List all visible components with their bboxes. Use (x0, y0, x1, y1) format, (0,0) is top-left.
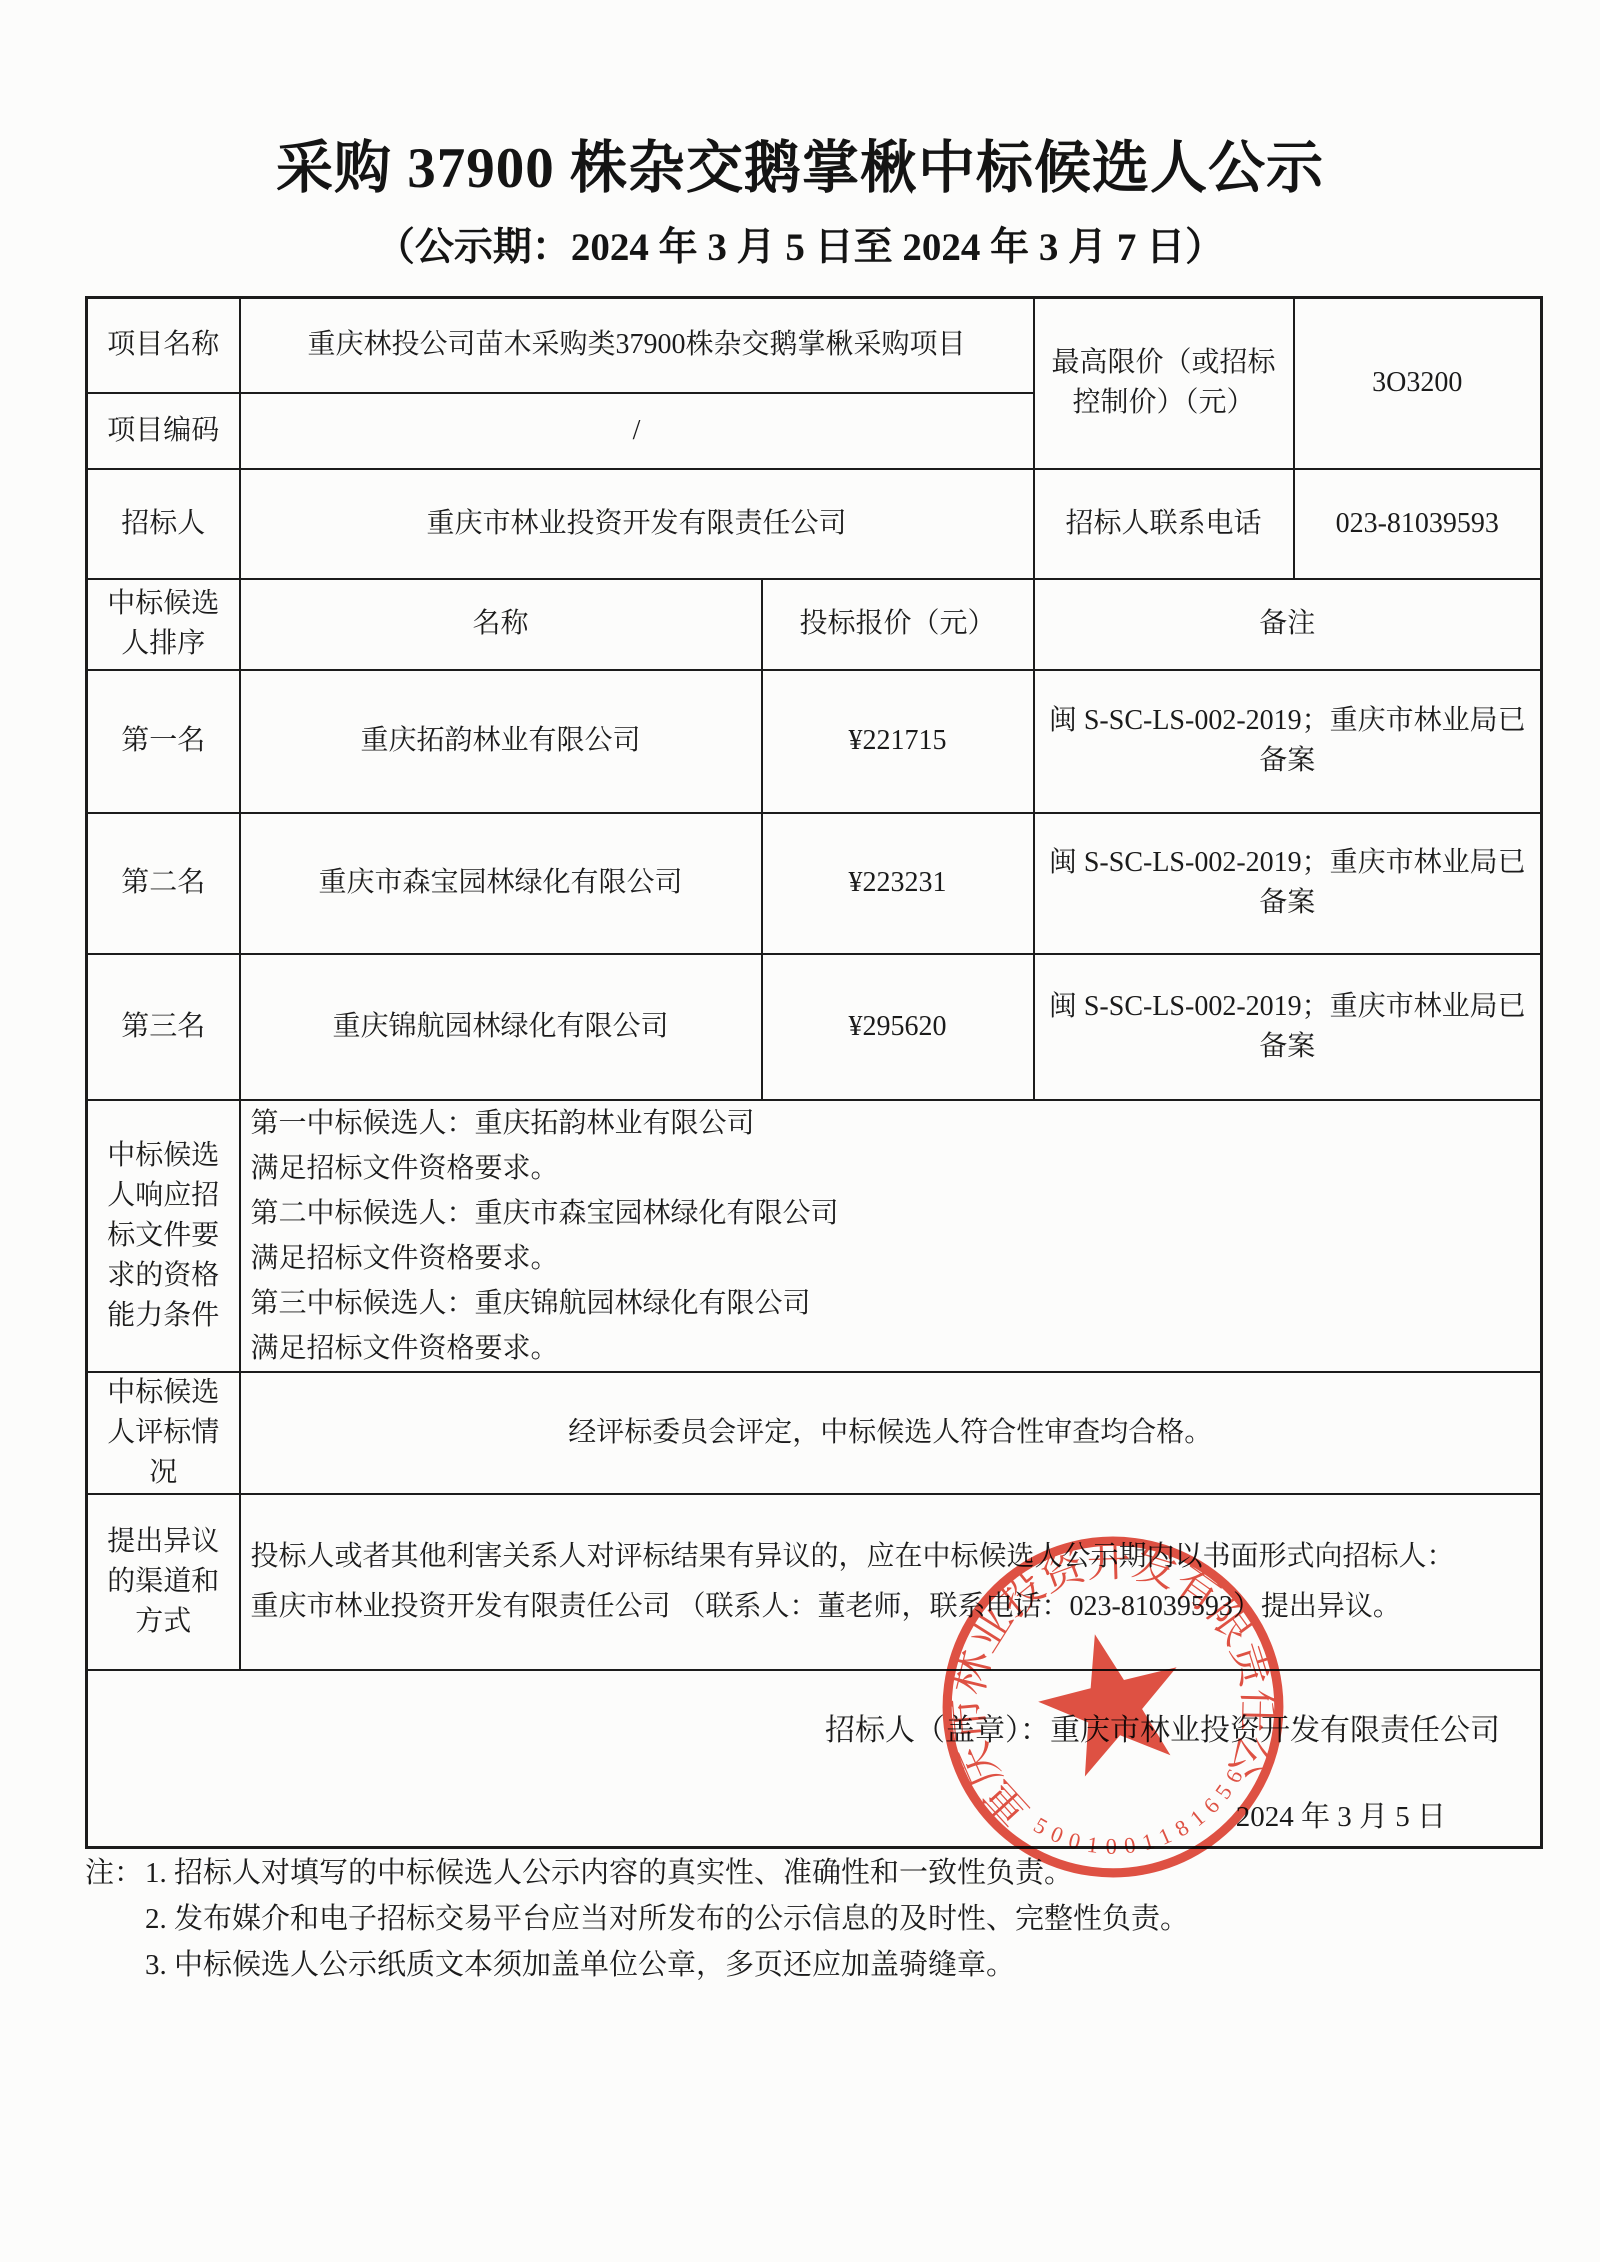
qualification-line: 满足招标文件资格要求。 (251, 1146, 1531, 1191)
row-project-name: 项目名称 重庆林投公司苗木采购类37900株杂交鹅掌楸采购项目 最高限价（或招标… (87, 298, 1542, 393)
row-qualification: 中标候选人响应招标文件要求的资格能力条件 第一中标候选人：重庆拓韵林业有限公司 … (87, 1100, 1542, 1372)
row-objection: 提出异议的渠道和方式 投标人或者其他利害关系人对评标结果有异议的，应在中标候选人… (87, 1494, 1542, 1670)
project-name-value: 重庆林投公司苗木采购类37900株杂交鹅掌楸采购项目 (240, 298, 1034, 393)
candidate-price: ¥221715 (762, 670, 1034, 813)
announcement-table: 项目名称 重庆林投公司苗木采购类37900株杂交鹅掌楸采购项目 最高限价（或招标… (85, 296, 1543, 1849)
candidate-row-2: 第二名 重庆市森宝园林绿化有限公司 ¥223231 闽 S-SC-LS-002-… (87, 813, 1542, 954)
candidate-row-1: 第一名 重庆拓韵林业有限公司 ¥221715 闽 S-SC-LS-002-201… (87, 670, 1542, 813)
candidate-remark: 闽 S-SC-LS-002-2019；重庆市林业局已备案 (1034, 954, 1542, 1100)
candidate-name: 重庆锦航园林绿化有限公司 (240, 954, 762, 1100)
qualification-content: 第一中标候选人：重庆拓韵林业有限公司 满足招标文件资格要求。 第二中标候选人：重… (240, 1100, 1542, 1372)
notes-prefix: 注： (85, 1850, 143, 1896)
qualification-line: 第一中标候选人：重庆拓韵林业有限公司 (251, 1101, 1531, 1146)
candidate-price: ¥223231 (762, 813, 1034, 954)
candidate-remark: 闽 S-SC-LS-002-2019；重庆市林业局已备案 (1034, 670, 1542, 813)
footer-notes: 注： 1. 招标人对填写的中标候选人公示内容的真实性、准确性和一致性负责。 2.… (85, 1850, 1485, 1988)
candidate-rank: 第二名 (87, 813, 240, 954)
row-evaluation: 中标候选人评标情况 经评标委员会评定，中标候选人符合性审查均合格。 (87, 1372, 1542, 1494)
candidate-price: ¥295620 (762, 954, 1034, 1100)
tenderer-phone-label: 招标人联系电话 (1034, 469, 1294, 579)
row-signature: 招标人（盖章）：重庆市林业投资开发有限责任公司 2024 年 3 月 5 日 (87, 1670, 1542, 1848)
max-price-label: 最高限价（或招标控制价）（元） (1034, 298, 1294, 469)
qualification-line: 满足招标文件资格要求。 (251, 1236, 1531, 1281)
note-item: 1. 招标人对填写的中标候选人公示内容的真实性、准确性和一致性负责。 (145, 1850, 1485, 1896)
evaluation-value: 经评标委员会评定，中标候选人符合性审查均合格。 (240, 1372, 1542, 1494)
candidate-rank: 第一名 (87, 670, 240, 813)
objection-line: 重庆市林业投资开发有限责任公司 （联系人：董老师，联系电话：023-810395… (251, 1582, 1531, 1632)
evaluation-label: 中标候选人评标情况 (87, 1372, 240, 1494)
objection-content: 投标人或者其他利害关系人对评标结果有异议的，应在中标候选人公示期内以书面形式向招… (240, 1494, 1542, 1670)
document-page: 采购 37900 株杂交鹅掌楸中标候选人公示 （公示期：2024 年 3 月 5… (0, 0, 1600, 2262)
candidate-name: 重庆拓韵林业有限公司 (240, 670, 762, 813)
header-price: 投标报价（元） (762, 579, 1034, 670)
candidate-remark: 闽 S-SC-LS-002-2019；重庆市林业局已备案 (1034, 813, 1542, 954)
max-price-value: 3O3200 (1294, 298, 1542, 469)
signature-cell: 招标人（盖章）：重庆市林业投资开发有限责任公司 2024 年 3 月 5 日 (87, 1670, 1542, 1848)
candidate-name: 重庆市森宝园林绿化有限公司 (240, 813, 762, 954)
objection-line: 投标人或者其他利害关系人对评标结果有异议的，应在中标候选人公示期内以书面形式向招… (251, 1532, 1531, 1582)
tenderer-value: 重庆市林业投资开发有限责任公司 (240, 469, 1034, 579)
qualification-line: 第三中标候选人：重庆锦航园林绿化有限公司 (251, 1281, 1531, 1326)
project-code-label: 项目编码 (87, 393, 240, 469)
note-item: 3. 中标候选人公示纸质文本须加盖单位公章，多页还应加盖骑缝章。 (145, 1942, 1485, 1988)
header-name: 名称 (240, 579, 762, 670)
objection-label: 提出异议的渠道和方式 (87, 1494, 240, 1670)
qualification-line: 第二中标候选人：重庆市森宝园林绿化有限公司 (251, 1191, 1531, 1236)
tenderer-label: 招标人 (87, 469, 240, 579)
row-candidates-header: 中标候选人排序 名称 投标报价（元） 备注 (87, 579, 1542, 670)
candidate-rank: 第三名 (87, 954, 240, 1100)
tenderer-phone-value: 023-81039593 (1294, 469, 1542, 579)
header-rank: 中标候选人排序 (87, 579, 240, 670)
signature-line: 招标人（盖章）：重庆市林业投资开发有限责任公司 (98, 1711, 1530, 1751)
page-subtitle: （公示期：2024 年 3 月 5 日至 2024 年 3 月 7 日） (0, 216, 1600, 272)
signature-date: 2024 年 3 月 5 日 (98, 1797, 1530, 1837)
row-tenderer: 招标人 重庆市林业投资开发有限责任公司 招标人联系电话 023-81039593 (87, 469, 1542, 579)
project-code-value: / (240, 393, 1034, 469)
qualification-line: 满足招标文件资格要求。 (251, 1326, 1531, 1371)
note-item: 2. 发布媒介和电子招标交易平台应当对所发布的公示信息的及时性、完整性负责。 (145, 1896, 1485, 1942)
qualification-label: 中标候选人响应招标文件要求的资格能力条件 (87, 1100, 240, 1372)
project-name-label: 项目名称 (87, 298, 240, 393)
candidate-row-3: 第三名 重庆锦航园林绿化有限公司 ¥295620 闽 S-SC-LS-002-2… (87, 954, 1542, 1100)
page-title: 采购 37900 株杂交鹅掌楸中标候选人公示 (0, 122, 1600, 204)
header-remark: 备注 (1034, 579, 1542, 670)
